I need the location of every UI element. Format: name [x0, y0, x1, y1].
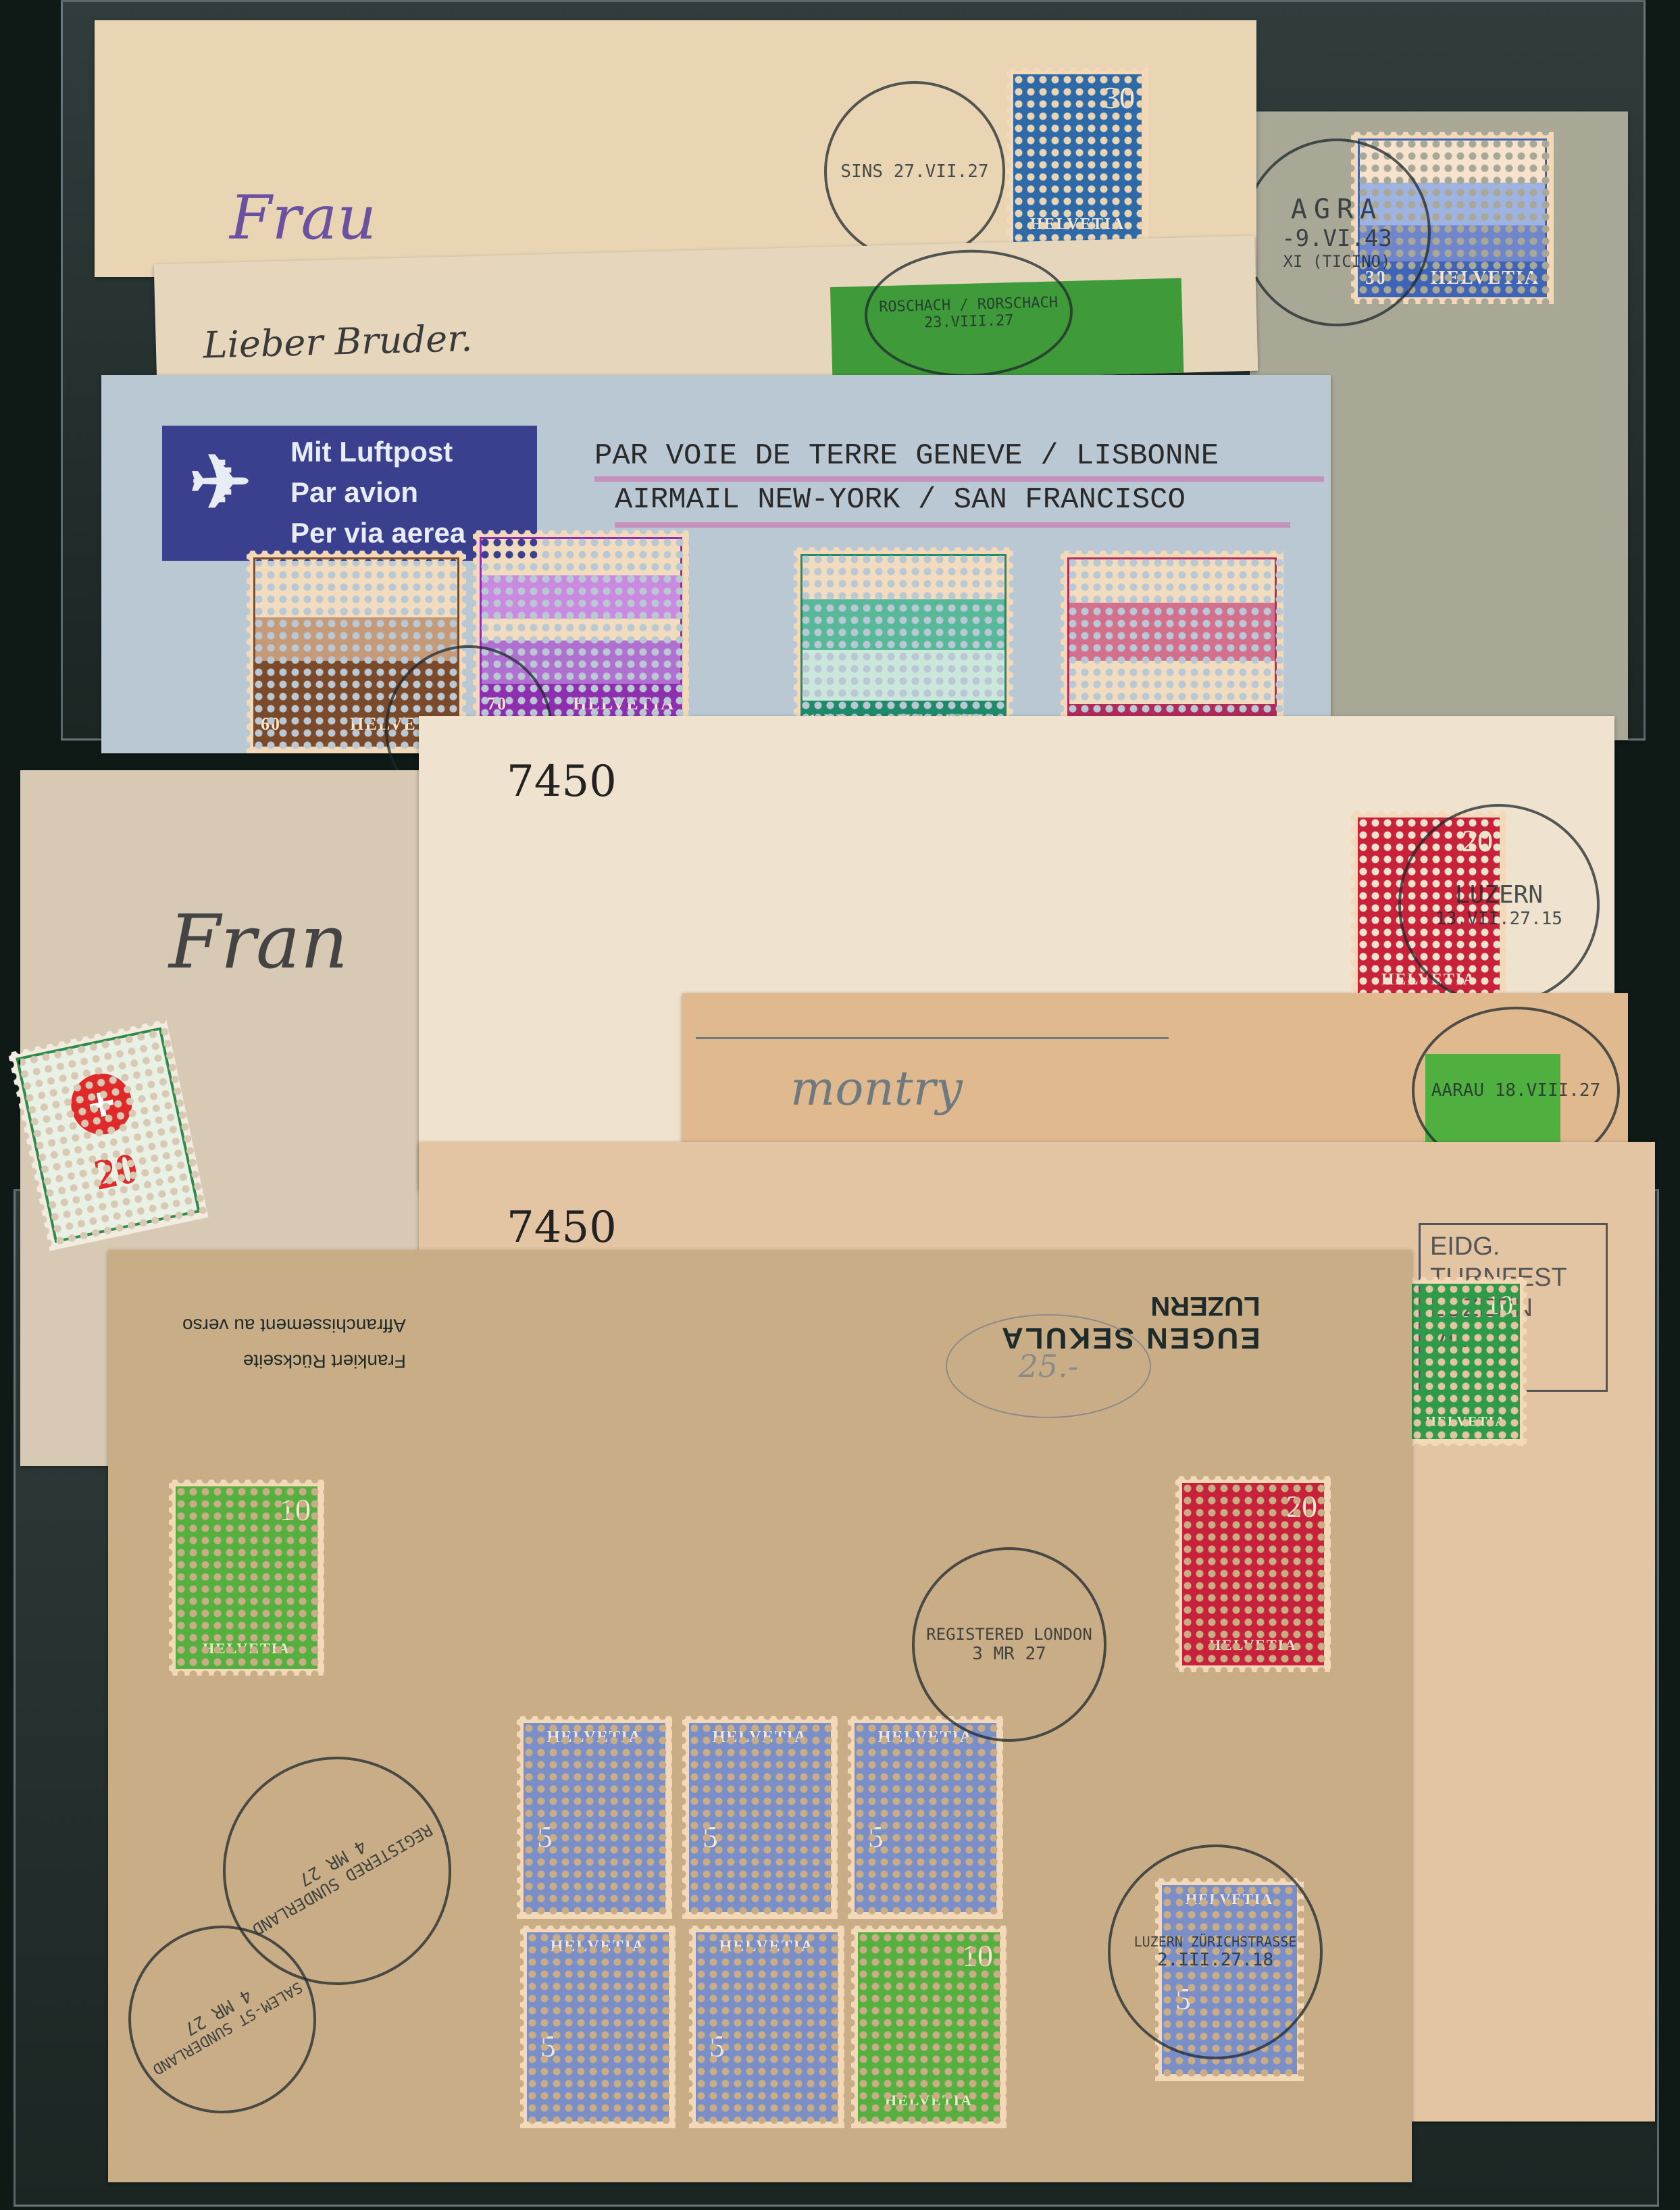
stamp-country: HELVETIA: [719, 1938, 815, 1956]
pencil-note: 7450: [507, 1203, 617, 1253]
postmark-sins: SINS 27.VII.27: [824, 81, 1005, 262]
stamp-country: HELVETIA: [547, 1728, 642, 1747]
stamp-country: HELVETIA: [878, 1728, 973, 1747]
swiss-cross-icon: +: [66, 1068, 138, 1140]
stamp-tell-10-green: 10 HELVETIA: [169, 1480, 324, 1676]
postmark-date: 2.III.27.18: [1157, 1950, 1273, 1970]
stamp-value: 5: [868, 1819, 884, 1855]
postmark-region: XI (TICINO): [1283, 252, 1391, 271]
stamp-tell-30: 30 HELVETIA: [1007, 68, 1148, 250]
stamp-tell-boy-5: HELVETIA5: [689, 1926, 844, 2128]
pencil-note: 7450: [507, 757, 617, 807]
stamp-country: HELVETIA: [573, 694, 675, 714]
stamp-postage-due-20: + 20: [7, 1019, 208, 1251]
stamp-value: 5: [709, 2028, 725, 2064]
stamp-tell-boy-5: HELVETIA5: [517, 1716, 672, 1919]
handwritten-address: Frau: [230, 182, 376, 253]
stamp-country: HELVETIA: [713, 1728, 808, 1747]
postmark-london-registered: REGISTERED LONDON 3 MR 27: [912, 1547, 1106, 1742]
routing-line-2: AIRMAIL NEW-YORK / SAN FRANCISCO: [615, 483, 1186, 517]
airplane-icon: ✈: [189, 446, 251, 520]
pencil-line: [696, 1037, 1169, 1039]
airmail-label-line1: Mit Luftpost: [290, 436, 453, 468]
routing-underline-1: [594, 476, 1324, 482]
stamp-country: HELVETIA: [1030, 216, 1125, 234]
pencil-price-oval: 25.-: [946, 1314, 1151, 1418]
postmark-text: LUZERN ZÜRICHSTRASSE: [1134, 1934, 1297, 1950]
stamp-value: 10: [280, 1492, 311, 1528]
postmark-text: SINS 27.VII.27: [840, 161, 988, 182]
note-line: Frankiert Rückseite: [182, 1343, 406, 1379]
stamp-value: 10: [962, 1938, 993, 1974]
postmark-date: 13.VII.27.15: [1435, 909, 1562, 929]
stamp-value: 5: [537, 1819, 553, 1855]
stamp-value: 5: [703, 1819, 718, 1855]
routing-underline-2: [615, 522, 1290, 528]
aarau-card: montry AARAU 18.VIII.27: [682, 993, 1628, 1142]
postmark-text: REGISTERED SUNDERLAND: [249, 1820, 436, 1939]
stamp-value: 10: [1486, 1289, 1513, 1321]
stamp-tell-boy-5: HELVETIA5: [848, 1716, 1003, 1919]
stamp-value: 20: [1286, 1488, 1317, 1524]
stamp-tell-20-red: 20 HELVETIA: [1175, 1476, 1331, 1672]
stamp-value: 30: [1104, 80, 1135, 116]
pencil-price: 25.-: [1019, 1348, 1079, 1384]
stamp-tell-10-green: 10 HELVETIA: [1405, 1277, 1527, 1446]
stamp-value: 20: [89, 1142, 142, 1201]
slogan-line: EIDG.: [1430, 1232, 1596, 1263]
stamp-value: 60: [261, 714, 281, 734]
note-line: Affranchissement au verso: [182, 1307, 406, 1343]
postmark-town: LUZERN: [1455, 881, 1543, 909]
pencil-note: montry: [790, 1061, 963, 1116]
printed-notes: Frankiert Rückseite Affranchissement au …: [182, 1307, 406, 1379]
sekula-cover: EUGEN SEKULA LUZERN Frankiert Rückseite …: [108, 1250, 1412, 2182]
airmail-label-line3: Per via aerea: [290, 517, 465, 549]
stamp-country: HELVETIA: [203, 1640, 290, 1657]
postmark-date: -9.VI.43: [1281, 225, 1392, 252]
stamp-country: HELVETIA: [1431, 268, 1539, 289]
stamp-country: HELVETIA: [551, 1938, 646, 1956]
airmail-label-line2: Par avion: [290, 476, 418, 509]
top-cover: Frau 30 HELVETIA SINS 27.VII.27: [95, 20, 1256, 277]
handwritten-greeting: Lieber Bruder.: [203, 317, 473, 366]
postmark-text: ROSCHACH / RORSCHACH 23.VIII.27: [867, 294, 1070, 333]
routing-line-1: PAR VOIE DE TERRE GENEVE / LISBONNE: [594, 439, 1219, 473]
stamp-country: HELVETIA: [1209, 1636, 1297, 1654]
handwritten-address: Fran: [169, 899, 348, 985]
stamp-country: HELVETIA: [1425, 1414, 1506, 1430]
stamp-country: HELVETIA: [885, 2092, 973, 2109]
postmark-text: SALEM-ST SUNDERLAND: [149, 1978, 305, 2078]
stamp-tell-boy-5: HELVETIA5: [682, 1716, 838, 1919]
postmark-town: AGRA: [1291, 194, 1383, 225]
postmark-luzern-zurichstrasse: LUZERN ZÜRICHSTRASSE 2.III.27.18: [1108, 1844, 1323, 2059]
postmark-date: 3 MR 27: [972, 1644, 1046, 1664]
postmark-luzern: LUZERN 13.VII.27.15: [1398, 804, 1600, 1005]
stamp-tell-10-green: 10HELVETIA: [851, 1926, 1007, 2128]
postmark-text: REGISTERED LONDON: [926, 1625, 1092, 1644]
airmail-cover: ✈ Mit Luftpost Par avion Per via aerea P…: [101, 375, 1331, 753]
stamp-tell-boy-5: HELVETIA5: [520, 1926, 676, 2128]
postmark-agra: AGRA -9.VI.43 XI (TICINO): [1243, 139, 1431, 326]
postmark-text: AARAU 18.VIII.27: [1431, 1080, 1600, 1101]
stamp-value: 5: [540, 2028, 556, 2064]
